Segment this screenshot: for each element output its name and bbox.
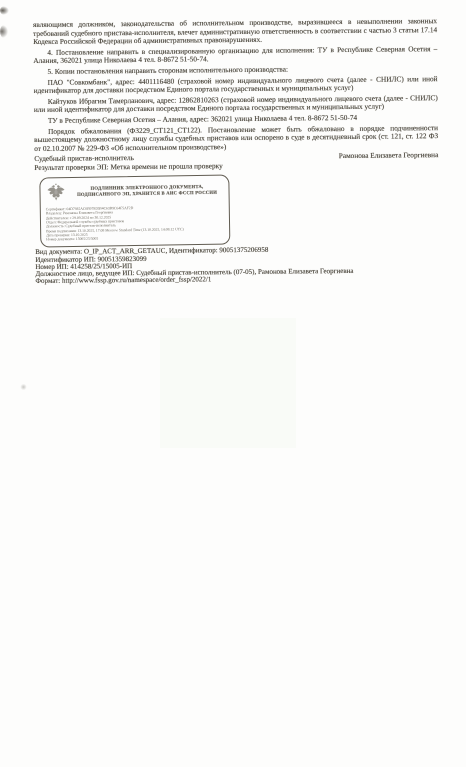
stamp-title: ПОДЛИННИК ЭЛЕКТРОННОГО ДОКУМЕНТА, ПОДПИС… [70, 185, 223, 199]
ep-verification-result: Результат проверки ЭП: Метка времени не … [34, 160, 438, 172]
stamp-header: ПОДЛИННИК ЭЛЕКТРОННОГО ДОКУМЕНТА, ПОДПИС… [45, 178, 223, 205]
signature-name: Рамонова Елизавета Георгиевна [339, 151, 439, 161]
scan-smudge [0, 25, 8, 38]
paragraph-continuation: являющимся должником, законодательства о… [33, 17, 437, 47]
scan-dot-artifact [20, 384, 27, 390]
stamp-certificate-details: Сертификат: 04D7935AC6B97E05B4C63B9C64F5… [46, 204, 225, 242]
scan-smudge [0, 6, 9, 15]
paragraph-debtor: Кайтуков Ибрагим Тамерланович, адрес: 12… [34, 94, 438, 115]
electronic-signature-stamp: ПОДЛИННИК ЭЛЕКТРОННОГО ДОКУМЕНТА, ПОДПИС… [39, 174, 230, 247]
scan-shadow-artifact [160, 318, 296, 448]
paragraph-item-4: 4. Постановление направить в специализир… [33, 45, 437, 66]
document-metadata-block: Вид документа: O_IP_ACT_ARR_GETAUC, Иден… [35, 245, 439, 285]
russia-coat-of-arms-icon [45, 181, 66, 205]
paragraph-appeal-order: Порядок обжалования (Ф3229_СТ121_СТ122).… [34, 124, 438, 154]
document-body: являющимся должником, законодательства о… [33, 17, 440, 286]
format-url-line: Формат: http://www.fssp.gov.ru/namespace… [35, 275, 439, 286]
scanned-document-page: являющимся должником, законодательства о… [0, 0, 466, 767]
paragraph-creditor: ПАО "Совкомбанк", адрес: 4401116480 (стр… [34, 75, 438, 96]
